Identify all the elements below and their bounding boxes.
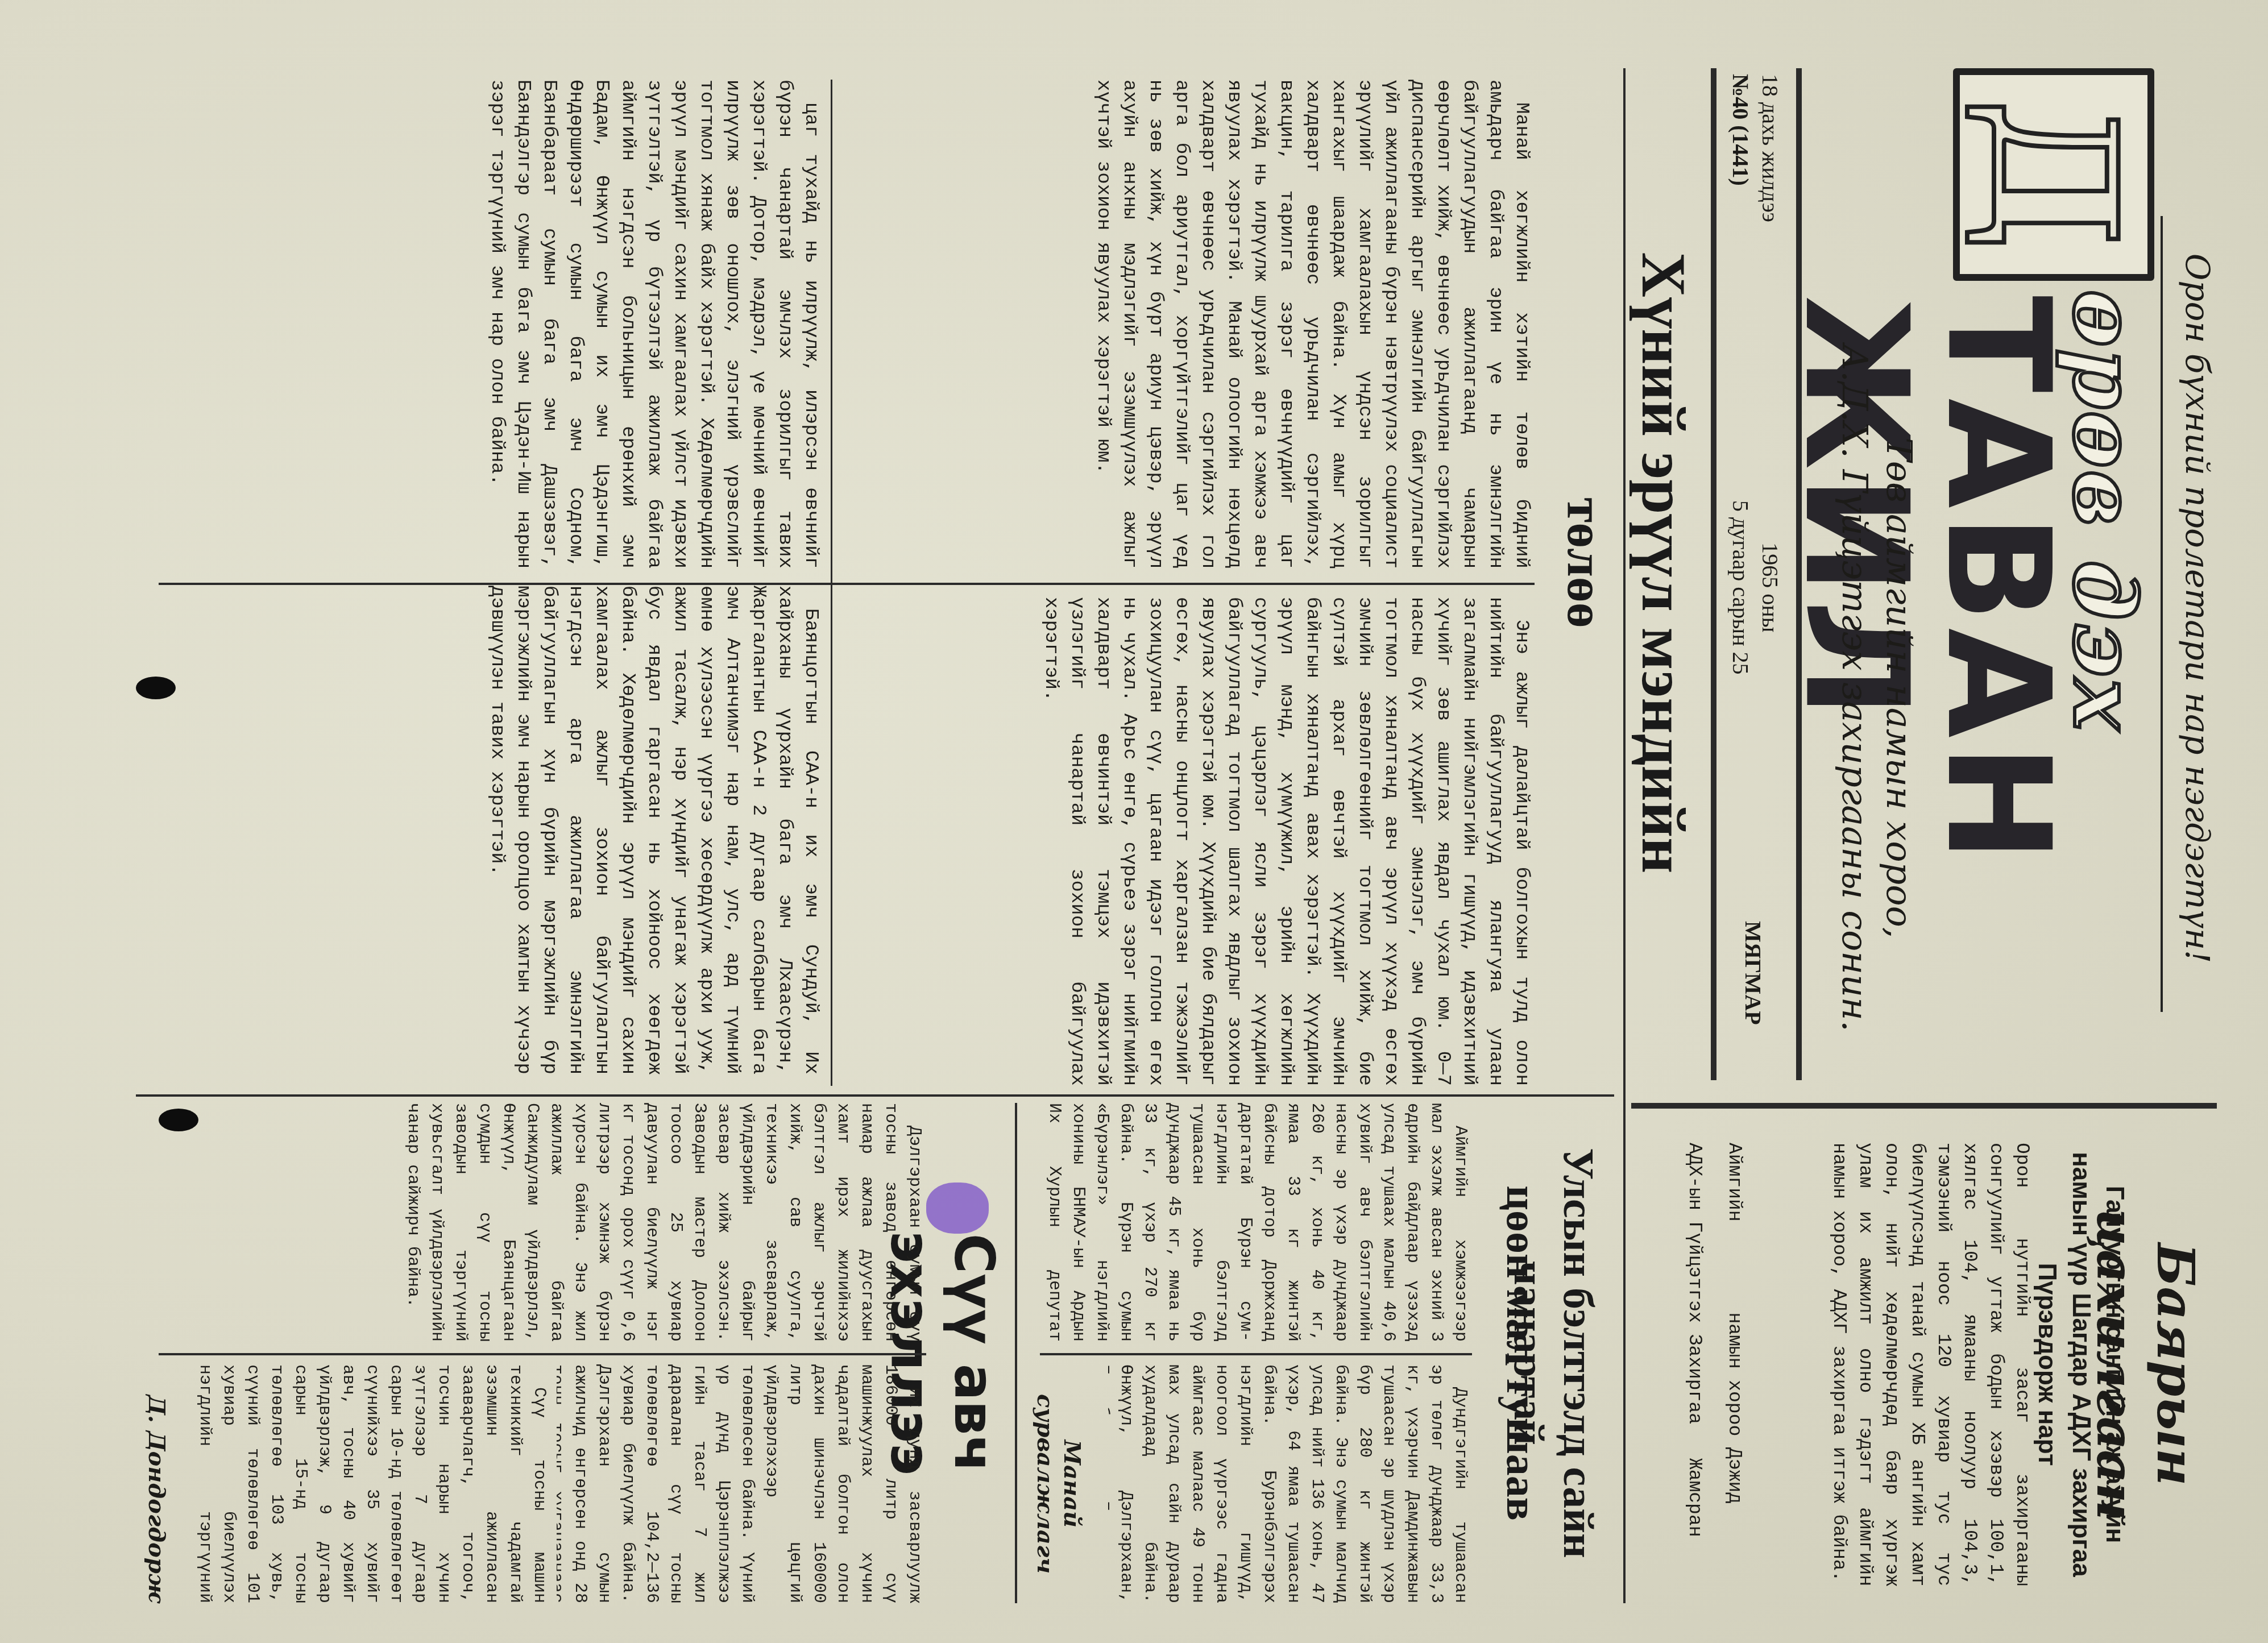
masthead: Орон бүхний пролетари нар нэгдэгтүн! Д ө…	[1819, 68, 2217, 1092]
column-rule	[136, 1094, 1614, 1097]
spacer	[152, 80, 153, 1086]
issue-weekday: МЯГМАР	[1738, 921, 1768, 1025]
telegram-body: Орон нутгийн засаг захиргааны сонгуулийг…	[1826, 1143, 2035, 1586]
telegram-signature: АДХ-ын Гүйцэтгэх Захиргаа Жамсран	[1684, 1143, 1705, 1586]
milk-byline: Д. Дондогдорж	[143, 1364, 170, 1603]
health-headline: Хүний эрүүл мэндийн	[1627, 80, 1699, 1046]
health-column-4: Баянцогтын САА-н их эмч Сундуй, Их хайрх…	[159, 586, 824, 1074]
subtitle-line: А.Д.Х. Гүйцэтгэх захиргааны сонин.	[1833, 318, 1877, 1057]
newspaper-scan: Орон бүхний пролетари нар нэгдэгтүн! Д ө…	[0, 0, 2268, 1643]
issue-number-block: 18 дахь жилдээ №40 (1441)	[1726, 74, 1785, 222]
issue-date: 5 дугаар сарын 25	[1726, 500, 1755, 675]
subtitle-line: Төв аймгийн намын хороо,	[1877, 318, 1922, 1057]
congratulatory-telegram: Баярын цахилгаан Гачууртын сангийн аж ах…	[1631, 1103, 2217, 1609]
health-column-2: Энэ ажлыг далайцтай болгохын тулд олон н…	[835, 597, 1535, 1086]
issue-info-bar: 18 дахь жилдээ №40 (1441) 1965 оны 5 дуг…	[1705, 68, 1802, 1080]
milk-column-3: Сүү тосны машин техникийг чадамгай эзэмш…	[187, 1364, 551, 1603]
newspaper-page: Орон бүхний пролетари нар нэгдэгтүн! Д ө…	[0, 0, 2268, 1643]
section-rule	[831, 80, 832, 1086]
livestock-headline-2: цөөн мал тушаав	[1496, 1103, 1546, 1603]
telegram-recipients: Гачууртын сангийн аж ахуйн намын үүр Шаг…	[2030, 1143, 2132, 1586]
column-rule	[159, 583, 1535, 585]
health-headline-2: төлөө	[1556, 80, 1614, 1046]
issue-number: №40 (1441)	[1726, 74, 1755, 222]
rule	[1711, 68, 1716, 1080]
livestock-byline: Манай сурвалжлагч	[1032, 1364, 1085, 1603]
rule	[1796, 68, 1802, 1080]
slogan: Орон бүхний пролетари нар нэгдэгтүн!	[2178, 182, 2217, 1035]
title-initial: Д	[1953, 68, 2154, 281]
milk-column-2: их дунд засварлуулж 186000 литр сүү маши…	[557, 1364, 926, 1603]
section-rule	[1623, 68, 1626, 1603]
section-rule	[1015, 1103, 1017, 1603]
telegram-signature: Аймгийн намын хороо Дэжид	[1724, 1143, 1745, 1586]
title-main: ТАВАН ЖИЛ	[1785, 296, 2069, 1092]
ink-stain	[926, 1183, 989, 1234]
column-rule	[159, 1353, 926, 1355]
livestock-column-2: Дундгэгийн тушаасан эр төлөг дунджаар 33…	[1108, 1364, 1472, 1603]
publisher-subtitle: Төв аймгийн намын хороо, А.Д.Х. Гүйцэтгэ…	[1833, 318, 1921, 1057]
milk-column-1: Дэлгэрхаан сумын сүү тосны завод өнгөрсө…	[159, 1103, 926, 1342]
livestock-column-1: Аймгийн хэмжээгээр мал эхэлж авсан эхний…	[1040, 1103, 1472, 1342]
publication-year: 18 дахь жилдээ	[1755, 74, 1785, 222]
health-column-1: Манай хөгжлийн хэтийн төлөв бидний амьда…	[835, 80, 1535, 569]
column-rule	[1040, 1353, 1472, 1355]
issue-date-block: 1965 оны 5 дугаар сарын 25	[1726, 500, 1785, 675]
slogan-rule	[2161, 216, 2163, 1012]
issue-year: 1965 оны	[1755, 500, 1785, 675]
health-column-3: цаг тухайд нь илрүүлж, илэрсэн өвчнийг б…	[159, 80, 824, 569]
